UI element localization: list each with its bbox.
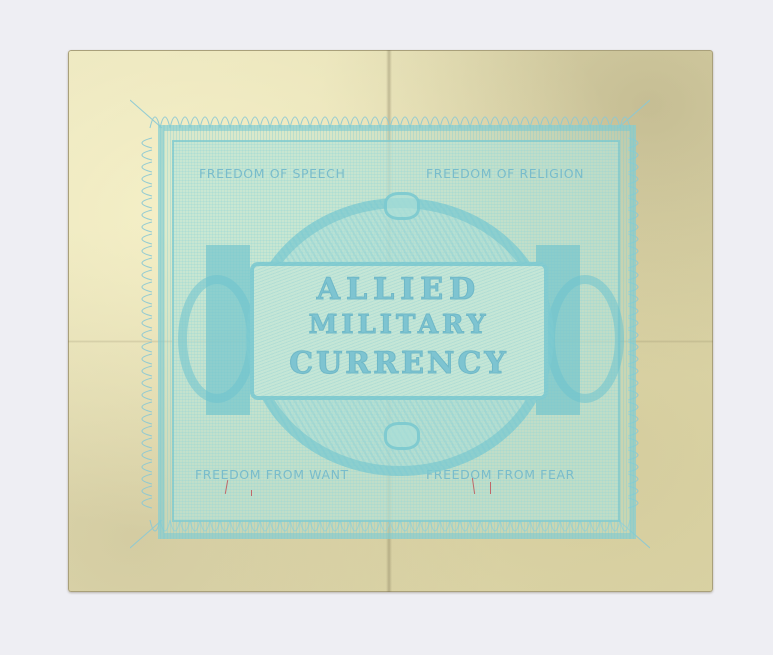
allied-text: ALLIED — [254, 272, 544, 307]
left-scroll-ornament — [178, 275, 256, 403]
military-text: MILITARY — [254, 310, 544, 340]
bottom-medallion — [384, 422, 420, 450]
freedom-of-speech-text: FREEDOM OF SPEECH — [199, 166, 346, 181]
freedom-of-religion-text: FREEDOM OF RELIGION — [426, 166, 584, 181]
freedom-from-fear-text: FREEDOM FROM FEAR — [426, 467, 575, 482]
right-scroll-ornament — [546, 275, 624, 403]
red-fiber — [490, 482, 491, 494]
central-plaque: ALLIED MILITARY CURRENCY — [250, 262, 548, 400]
banknote: FREEDOM OF SPEECH FREEDOM OF RELIGION FR… — [68, 50, 713, 592]
red-fiber — [251, 490, 252, 496]
top-medallion — [384, 192, 420, 220]
freedom-from-want-text: FREEDOM FROM WANT — [195, 467, 349, 482]
currency-text: CURRENCY — [254, 346, 544, 381]
